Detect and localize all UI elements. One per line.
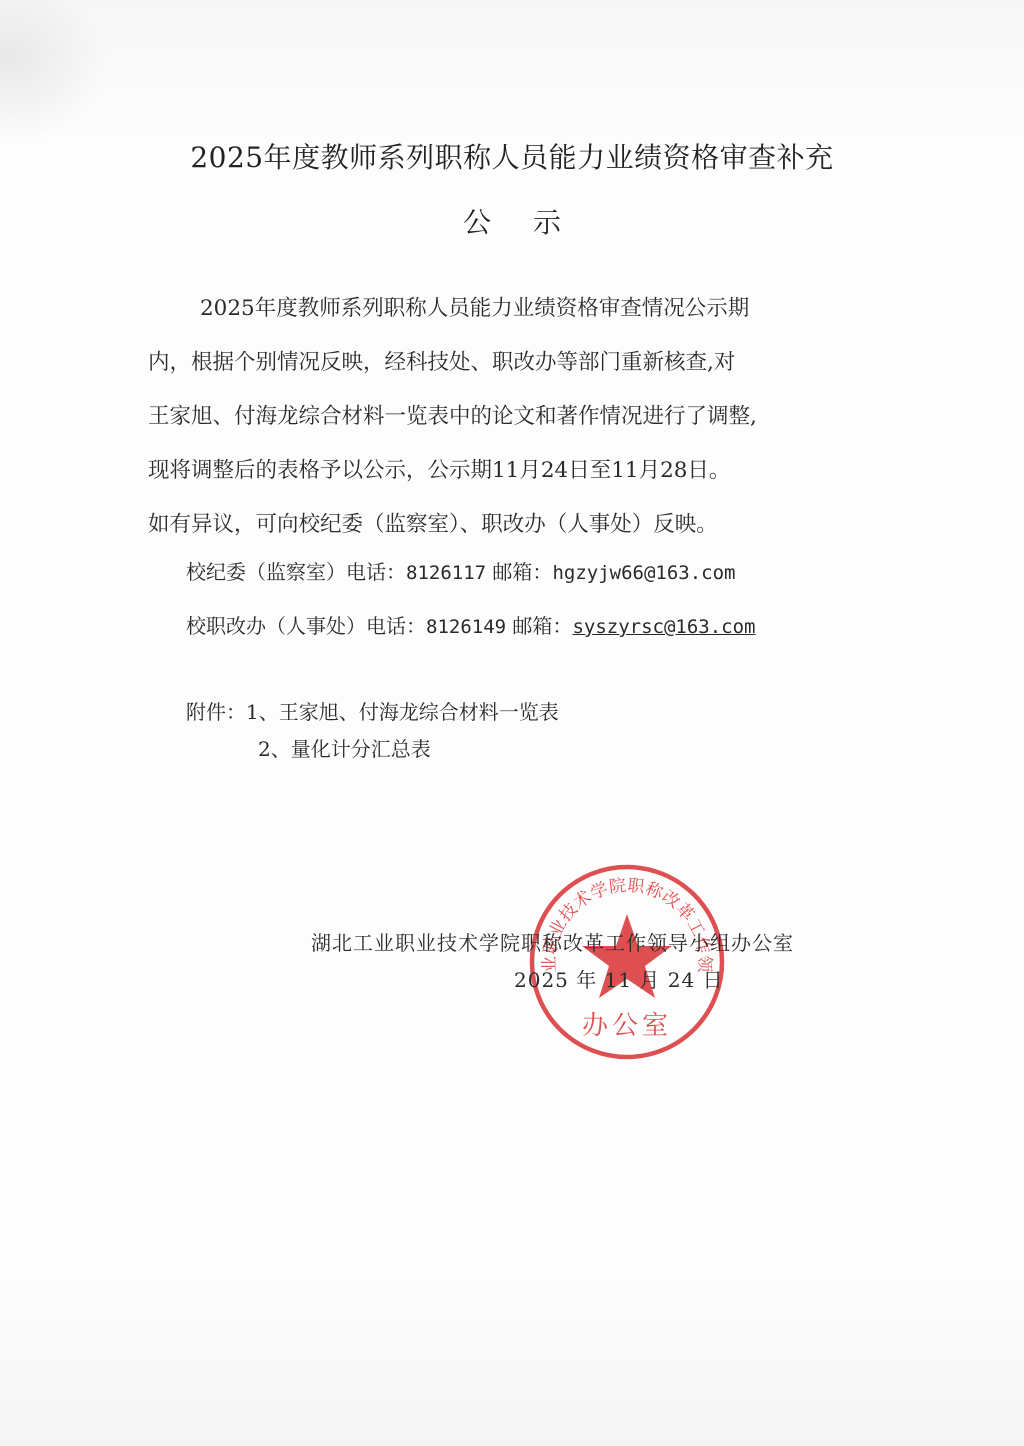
subtitle-char-1: 公 — [463, 203, 491, 243]
body-line-5: 如有异议，可向校纪委（监察室）、职改办（人事处）反映。 — [148, 498, 888, 552]
attachments-label: 附件： — [186, 700, 246, 724]
body-line-4: 现将调整后的表格予以公示，公示期11月24日至11月28日。 — [148, 444, 888, 498]
contact-email-label: 邮箱： — [506, 614, 572, 638]
contact-phone: 8126117 — [406, 562, 486, 584]
contact-discipline-committee: 校纪委（监察室）电话：8126117 邮箱：hgzyjw66@163.com — [186, 557, 735, 588]
contact-email-label: 邮箱： — [486, 560, 552, 584]
body-line-2: 内，根据个别情况反映，经科技处、职改办等部门重新核查,对 — [148, 336, 888, 390]
contact-label: 校职改办（人事处）电话： — [186, 614, 426, 638]
contact-phone: 8126149 — [426, 616, 506, 638]
document-title: 2025年度教师系列职称人员能力业绩资格审查补充 — [0, 138, 1024, 178]
attachment-text: 1、王家旭、付海龙综合材料一览表 — [246, 700, 559, 724]
body-line-3: 王家旭、付海龙综合材料一览表中的论文和著作情况进行了调整, — [148, 390, 888, 444]
contact-email: hgzyjw66@163.com — [552, 562, 735, 584]
contact-label: 校纪委（监察室）电话： — [186, 560, 406, 584]
signoff-date: 2025 年 11 月 24 日 — [514, 964, 724, 993]
body-line-1: 2025年度教师系列职称人员能力业绩资格审查情况公示期 — [148, 282, 888, 336]
attachment-item-1: 附件：1、王家旭、付海龙综合材料一览表 — [186, 694, 559, 730]
document-subtitle: 公示 — [0, 203, 1024, 243]
subtitle-char-2: 示 — [533, 203, 561, 243]
attachment-item-2: 2、量化计分汇总表 — [258, 731, 431, 767]
signoff-organization: 湖北工业职业技术学院职称改革工作领导小组办公室 — [311, 927, 794, 956]
contact-email-link[interactable]: syszyrsc@163.com — [572, 616, 755, 638]
seal-center-text: 办公室 — [582, 1011, 672, 1041]
notice-body: 2025年度教师系列职称人员能力业绩资格审查情况公示期 内，根据个别情况反映，经… — [148, 282, 888, 552]
official-seal-icon: 湖北工业职业技术学院职称改革工作领导小组 办公室 — [527, 862, 727, 1062]
contact-hr-office: 校职改办（人事处）电话：8126149 邮箱：syszyrsc@163.com — [186, 611, 755, 642]
document-page: 2025年度教师系列职称人员能力业绩资格审查补充 公示 2025年度教师系列职称… — [0, 0, 1024, 1446]
attachment-text: 2、量化计分汇总表 — [258, 737, 431, 761]
